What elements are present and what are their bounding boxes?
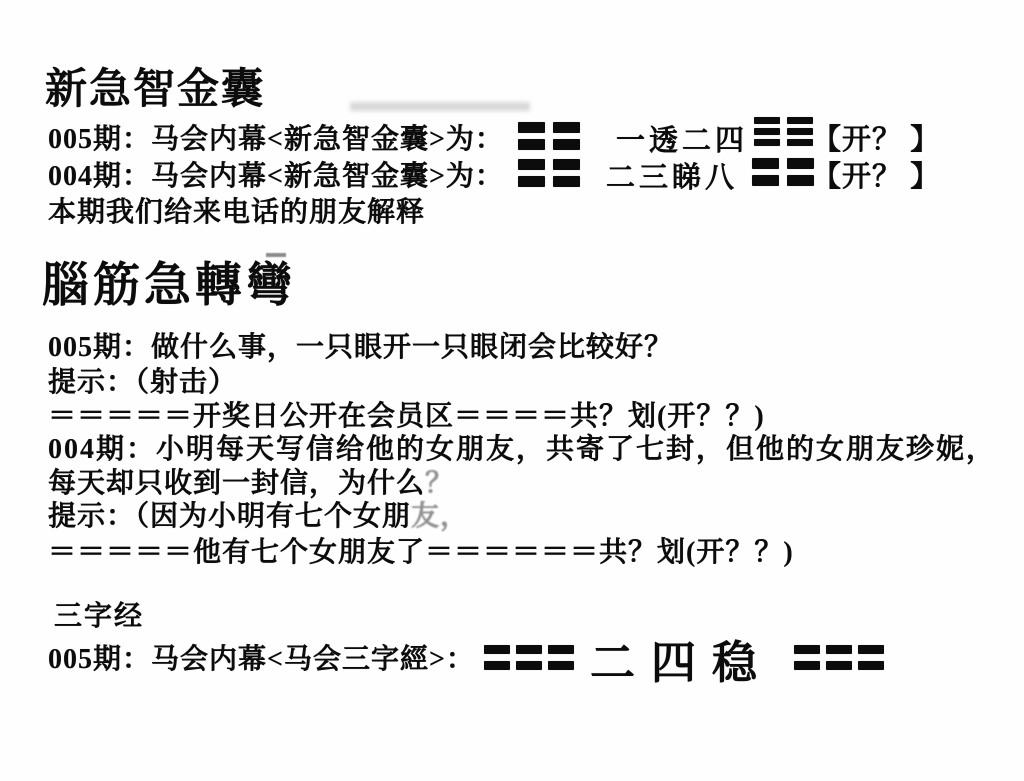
naojin-q005: 005期：做什么事，一只眼开一只眼闭会比较好？ [48, 325, 673, 365]
jinnang-row-004-open: 【开？ 】 [812, 154, 940, 195]
sanzijing-subtitle: 三字经 [54, 594, 144, 634]
jinnang-note: 本期我们给来电话的朋友解释 [48, 190, 425, 230]
section-naojin-title: 腦筋急轉彎 [42, 248, 297, 315]
hint004-faded-text: 友， [411, 501, 469, 532]
jinnang-row-005-pick: 一透二四 [616, 118, 748, 159]
hexagram-bars-icon [754, 117, 813, 146]
scan-artifact-smudge [350, 102, 530, 111]
jinnang-row-004-label: 004期：马会内幕<新急智金囊>为： [48, 154, 504, 194]
hexagram-bars-icon [518, 159, 580, 187]
jinnang-row-004-pick: 二三睇八 [606, 155, 738, 196]
naojin-answer004: ＝＝＝＝＝他有七个女朋友了＝＝＝＝＝＝共？划(开？？) [48, 530, 794, 570]
scanned-tip-sheet-page: 新急智金囊 005期：马会内幕<新急智金囊>为： 一透二四 【开？ 】 004期… [0, 0, 1024, 781]
naojin-hint004: 提示：（因为小明有七个女朋友， [48, 494, 469, 534]
jinnang-row-005-label: 005期：马会内幕<新急智金囊>为： [48, 117, 504, 157]
hexagram-bars-icon [518, 122, 580, 150]
hexagram-bars-icon [752, 158, 814, 186]
section-jinnang-title: 新急智金囊 [45, 56, 265, 116]
hexagram-bars-icon [794, 645, 884, 670]
hint004-text: 提示：（因为小明有七个女朋 [48, 501, 411, 532]
jinnang-row-005-open: 【开？ 】 [812, 117, 940, 158]
sanzijing-pick: 二四稳 [590, 626, 773, 691]
hexagram-bars-icon [484, 645, 574, 670]
scan-artifact-dash [266, 253, 286, 257]
sanzijing-label: 005期：马会内幕<马会三字經>： [48, 637, 475, 677]
